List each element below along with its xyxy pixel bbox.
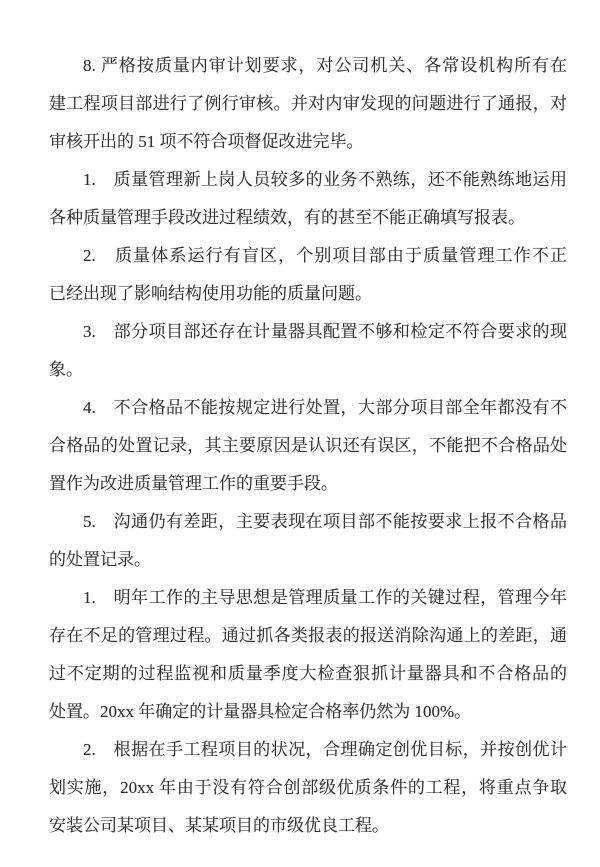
text-line: 过不定期的过程监视和质量季度大检查狠抓计量器具和不合格品的 (49, 655, 567, 693)
text-line: 划实施，20xx 年由于没有符合创部级优质条件的工程，将重点争取 (49, 769, 567, 807)
text-line: 1. 明年工作的主导思想是管理质量工作的关键过程，管理今年 (49, 579, 567, 617)
text-line: 置作为改进质量管理工作的重要手段。 (49, 465, 567, 503)
text-line: 的处置记录。 (49, 541, 567, 579)
paragraph: 5. 沟通仍有差距，主要表现在项目部不能按要求上报不合格品 的处置记录。 (49, 503, 567, 579)
text-line: 审核开出的 51 项不符合项督促改进完毕。 (49, 123, 567, 161)
text-line: 处置。20xx 年确定的计量器具检定合格率仍然为 100%。 (49, 693, 567, 731)
paragraph: 2. 根据在手工程项目的状况，合理确定创优目标，并按创优计 划实施，20xx 年… (49, 731, 567, 845)
document-page: 8. 严格按质量内审计划要求，对公司机关、各常设机构所有在 建工程项目部进行了例… (0, 0, 600, 867)
paragraph: 1. 明年工作的主导思想是管理质量工作的关键过程，管理今年 存在不足的管理过程。… (49, 579, 567, 731)
text-line: 各种质量管理手段改进过程绩效，有的甚至不能正确填写报表。 (49, 199, 567, 237)
text-line: 存在不足的管理过程。通过抓各类报表的报送消除沟通上的差距，通 (49, 617, 567, 655)
text-line: 已经出现了影响结构使用功能的质量问题。 (49, 275, 567, 313)
text-line: 8. 严格按质量内审计划要求，对公司机关、各常设机构所有在 (49, 47, 567, 85)
document-text: 8. 严格按质量内审计划要求，对公司机关、各常设机构所有在 建工程项目部进行了例… (49, 47, 567, 845)
text-line: 2. 根据在手工程项目的状况，合理确定创优目标，并按创优计 (49, 731, 567, 769)
text-line: 2. 质量体系运行有盲区，个别项目部由于质量管理工作不正常， (49, 237, 567, 275)
text-line: 3. 部分项目部还存在计量器具配置不够和检定不符合要求的现 (49, 313, 567, 351)
text-line: 1. 质量管理新上岗人员较多的业务不熟练，还不能熟练地运用 (49, 161, 567, 199)
text-line: 建工程项目部进行了例行审核。并对内审发现的问题进行了通报，对 (49, 85, 567, 123)
paragraph: 2. 质量体系运行有盲区，个别项目部由于质量管理工作不正常， 已经出现了影响结构… (49, 237, 567, 313)
text-line: 4. 不合格品不能按规定进行处置，大部分项目部全年都没有不 (49, 389, 567, 427)
paragraph: 1. 质量管理新上岗人员较多的业务不熟练，还不能熟练地运用 各种质量管理手段改进… (49, 161, 567, 237)
text-line: 合格品的处置记录，其主要原因是认识还有误区，不能把不合格品处 (49, 427, 567, 465)
text-line: 安装公司某项目、某某项目的市级优良工程。 (49, 807, 567, 845)
text-line: 5. 沟通仍有差距，主要表现在项目部不能按要求上报不合格品 (49, 503, 567, 541)
paragraph: 4. 不合格品不能按规定进行处置，大部分项目部全年都没有不 合格品的处置记录，其… (49, 389, 567, 503)
paragraph: 3. 部分项目部还存在计量器具配置不够和检定不符合要求的现 象。 (49, 313, 567, 389)
paragraph: 8. 严格按质量内审计划要求，对公司机关、各常设机构所有在 建工程项目部进行了例… (49, 47, 567, 161)
text-line: 象。 (49, 351, 567, 389)
